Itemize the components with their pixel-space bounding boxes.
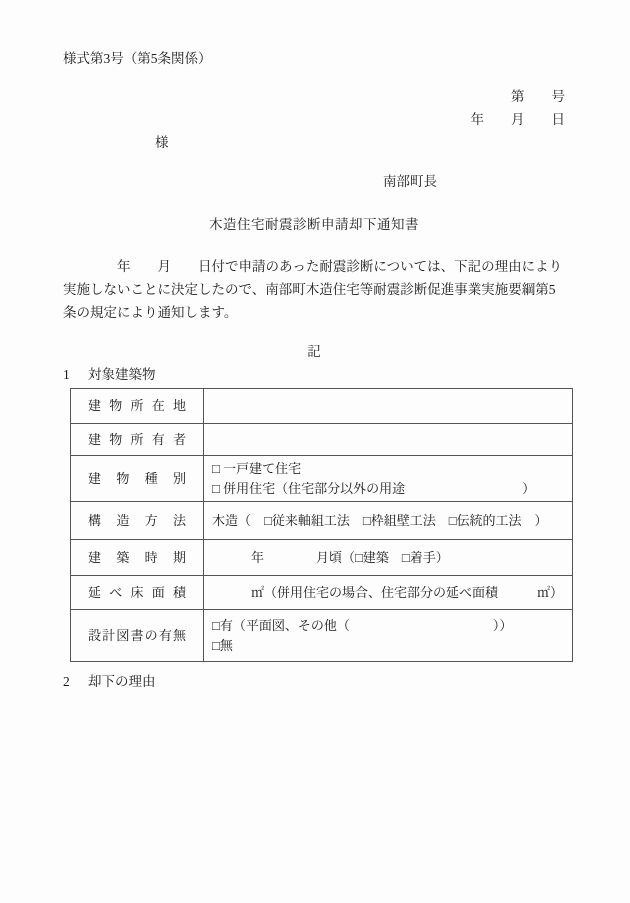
row-label-cell: 構造方法 <box>71 502 204 540</box>
table-row: 構造方法 木造（ □従来軸組工法 □枠組壁工法 □伝統的工法 ） <box>71 502 573 540</box>
section-number: 1 <box>63 363 88 386</box>
row-label-cell: 建物種別 <box>71 456 204 502</box>
row-value-line: □ 併用住宅（住宅部分以外の用途 ） <box>212 479 572 499</box>
record-mark: 記 <box>63 340 565 363</box>
addressee-line: 様 <box>63 131 565 154</box>
row-value-cell: □有（平面図、その他（ ）） □無 <box>204 610 573 662</box>
row-label-cell: 設計図書の有無 <box>71 610 204 662</box>
row-label-cell: 建物所有者 <box>71 424 204 456</box>
row-value-cell: ㎡（併用住宅の場合、住宅部分の延べ面積 ㎡） <box>204 576 573 610</box>
row-label: 延べ床面積 <box>88 583 186 603</box>
table-row: 建物所在地 <box>71 389 573 424</box>
row-label: 建物種別 <box>88 469 186 489</box>
row-value-line: □無 <box>212 636 572 656</box>
section-2-heading: 2 却下の理由 <box>63 670 565 693</box>
row-value-cell: 年 月頃（□建築 □着手） <box>204 540 573 576</box>
row-value-line: □有（平面図、その他（ ）） <box>212 616 572 636</box>
table-row: 建築時期 年 月頃（□建築 □着手） <box>71 540 573 576</box>
row-label: 設計図書の有無 <box>88 626 186 646</box>
body-paragraph: 年 月 日付で申請のあった耐震診断については、下記の理由により 実施しないことに… <box>63 255 565 324</box>
table-row: 建物所有者 <box>71 424 573 456</box>
body-line: 年 月 日付で申請のあった耐震診断については、下記の理由により <box>63 255 565 278</box>
row-label-cell: 延べ床面積 <box>71 576 204 610</box>
section-label: 対象建築物 <box>88 363 156 386</box>
document-page: 様式第3号（第5条関係） 第 号 年 月 日 様 南部町長 木造住宅耐震診断申請… <box>0 0 630 903</box>
row-label: 構造方法 <box>88 511 186 531</box>
row-label: 建築時期 <box>88 548 186 568</box>
row-label-cell: 建物所在地 <box>71 389 204 424</box>
row-value-line: □ 一戸建て住宅 <box>212 459 572 479</box>
building-table: 建物所在地 建物所有者 建物種別 □ 一戸建て住宅 □ 併用住宅（住宅部分以外の… <box>70 388 573 662</box>
sender-line: 南部町長 <box>63 170 565 193</box>
body-line: 条の規定により通知します。 <box>63 301 565 324</box>
section-1-heading: 1 対象建築物 <box>63 363 565 386</box>
row-value-cell <box>204 424 573 456</box>
row-value-cell <box>204 389 573 424</box>
section-label: 却下の理由 <box>88 670 156 693</box>
row-value-cell: □ 一戸建て住宅 □ 併用住宅（住宅部分以外の用途 ） <box>204 456 573 502</box>
table-row: 建物種別 □ 一戸建て住宅 □ 併用住宅（住宅部分以外の用途 ） <box>71 456 573 502</box>
section-number: 2 <box>63 670 88 693</box>
table-row: 設計図書の有無 □有（平面図、その他（ ）） □無 <box>71 610 573 662</box>
form-number: 様式第3号（第5条関係） <box>63 47 565 70</box>
row-label-cell: 建築時期 <box>71 540 204 576</box>
date-line: 年 月 日 <box>63 108 565 131</box>
row-label: 建物所在地 <box>88 396 186 416</box>
document-title: 木造住宅耐震診断申請却下通知書 <box>63 213 565 236</box>
body-line: 実施しないことに決定したので、南部町木造住宅等耐震診断促進事業実施要綱第5 <box>63 278 565 301</box>
document-number-line: 第 号 <box>63 85 565 108</box>
row-value-cell: 木造（ □従来軸組工法 □枠組壁工法 □伝統的工法 ） <box>204 502 573 540</box>
row-label: 建物所有者 <box>88 430 186 450</box>
table-row: 延べ床面積 ㎡（併用住宅の場合、住宅部分の延べ面積 ㎡） <box>71 576 573 610</box>
